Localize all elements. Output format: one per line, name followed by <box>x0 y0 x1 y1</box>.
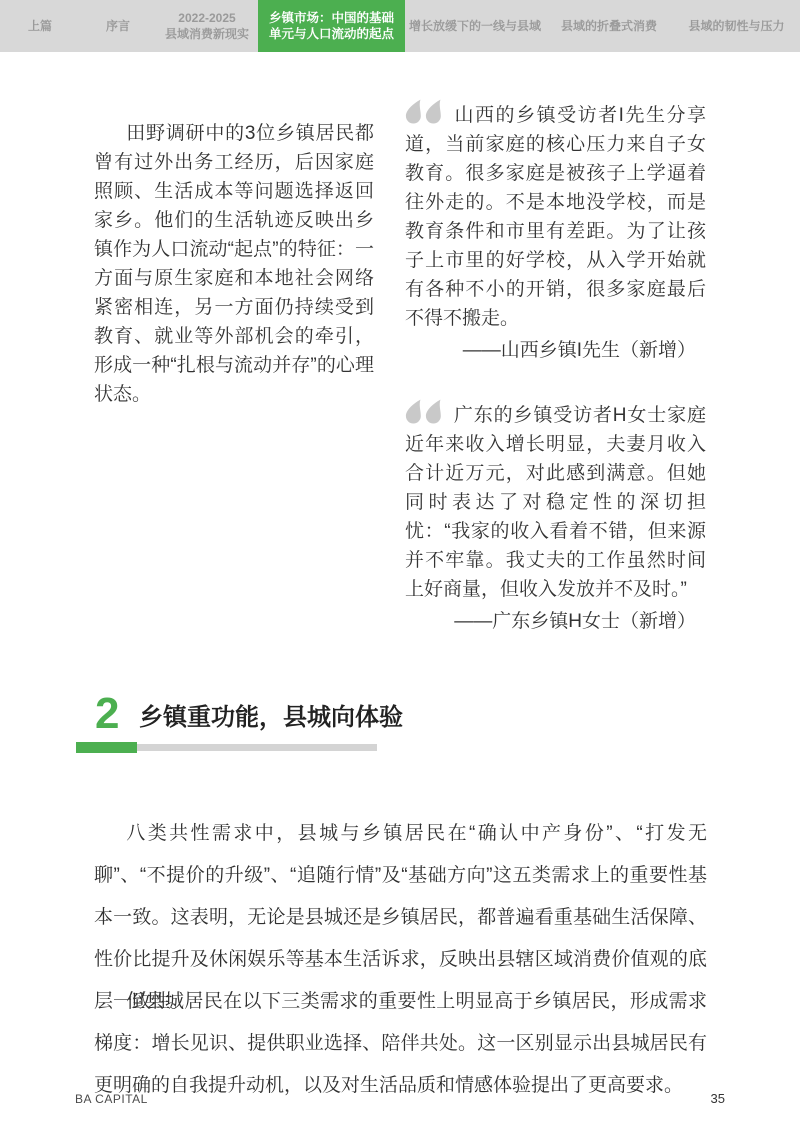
quote-text: 广东的乡镇受访者H女士家庭近年来收入增长明显，夫妻月收入合计近万元，对此感到满意… <box>405 405 706 600</box>
quote-text: 山西的乡镇受访者I先生分享道，当前家庭的核心压力来自子女教育。很多家庭是被孩子上… <box>405 105 706 329</box>
quote-attribution: ——广东乡镇H女士（新增） <box>405 607 706 636</box>
field-research-paragraph: 田野调研中的3位乡镇居民都曾有过外出务工经历，后因家庭照顾、生活成本等问题选择返… <box>94 119 374 409</box>
section-number: 2 <box>95 690 119 738</box>
section-title: 乡镇重功能，县城向体验 <box>139 702 403 734</box>
nav-tab-label-line2: 县域消费新现实 <box>165 26 249 42</box>
nav-tab-xianyu-xiaofei[interactable]: 2022-2025 县域消费新现实 <box>156 0 258 52</box>
nav-tab-xuyan[interactable]: 序言 <box>80 0 156 52</box>
nav-tab-xiangzhen-shichang-active[interactable]: 乡镇市场：中国的基础 单元与人口流动的起点 <box>258 0 405 52</box>
quote-attribution: ——山西乡镇I先生（新增） <box>405 336 706 365</box>
nav-tab-label: 县域的韧性与压力 <box>688 18 784 34</box>
nav-tab-label-line1: 2022-2025 <box>178 10 235 26</box>
footer-brand: BA CAPITAL <box>75 1092 148 1106</box>
nav-tab-zengzhang-fanghuan[interactable]: 增长放缓下的一线与县域 <box>405 0 545 52</box>
quote-marks-icon <box>405 399 445 424</box>
page-number: 35 <box>711 1091 725 1106</box>
nav-tab-label: 序言 <box>106 18 130 34</box>
nav-tab-label: 县域的折叠式消费 <box>561 18 657 34</box>
nav-tab-zhedieshi-xiaofei[interactable]: 县域的折叠式消费 <box>545 0 673 52</box>
nav-tab-shangpian[interactable]: 上篇 <box>0 0 80 52</box>
quote-marks-icon <box>405 99 445 124</box>
section-accent-bar <box>76 742 137 753</box>
need-gradient-paragraph: 但县城居民在以下三类需求的重要性上明显高于乡镇居民，形成需求梯度：增长见识、提供… <box>94 981 707 1107</box>
top-nav: 上篇 序言 2022-2025 县域消费新现实 乡镇市场：中国的基础 单元与人口… <box>0 0 800 52</box>
nav-tab-renxing-yali[interactable]: 县域的韧性与压力 <box>673 0 800 52</box>
nav-tab-label: 上篇 <box>28 18 52 34</box>
nav-tab-label: 增长放缓下的一线与县域 <box>409 18 541 34</box>
nav-tab-label-line2: 单元与人口流动的起点 <box>269 26 394 42</box>
quote-block-guangdong: 广东的乡镇受访者H女士家庭近年来收入增长明显，夫妻月收入合计近万元，对此感到满意… <box>405 399 706 636</box>
report-page: 上篇 序言 2022-2025 县域消费新现实 乡镇市场：中国的基础 单元与人口… <box>0 0 800 1131</box>
quote-block-shanxi: 山西的乡镇受访者I先生分享道，当前家庭的核心压力来自子女教育。很多家庭是被孩子上… <box>405 99 706 365</box>
section-track-bar <box>137 744 377 751</box>
nav-tab-label-line1: 乡镇市场：中国的基础 <box>269 10 394 26</box>
